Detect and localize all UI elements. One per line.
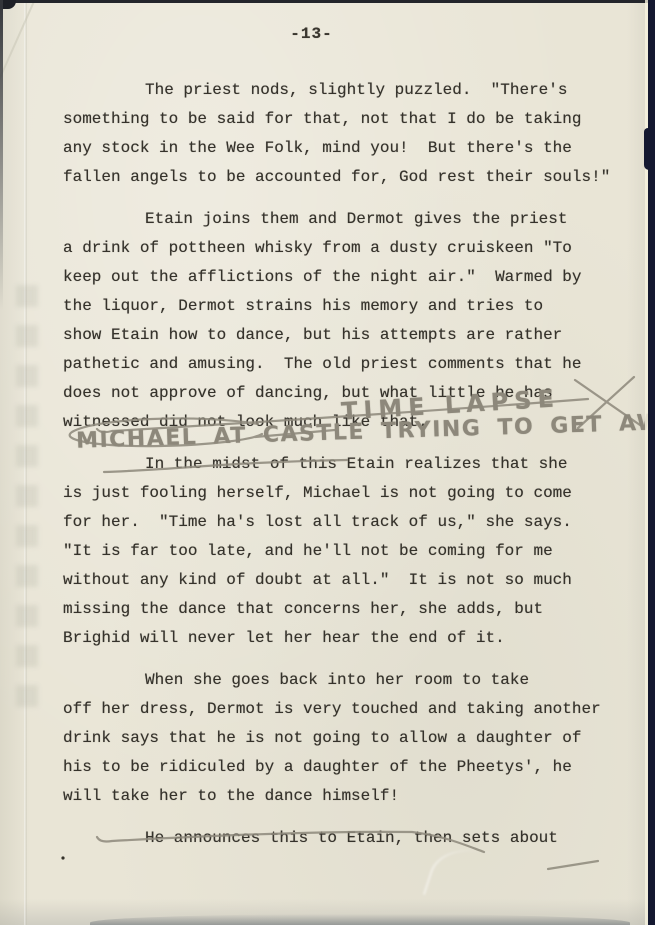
typed-line: fallen angels to be accounted for, God r… bbox=[63, 163, 618, 192]
typed-line: Etain joins them and Dermot gives the pr… bbox=[63, 205, 618, 234]
scanned-manuscript-page: -13- The priest nods, slightly puzzled. … bbox=[0, 0, 655, 925]
typed-line: The priest nods, slightly puzzled. "Ther… bbox=[63, 76, 618, 105]
typed-line: the liquor, Dermot strains his memory an… bbox=[63, 292, 618, 321]
typed-line: Brighid will never let her hear the end … bbox=[63, 624, 618, 653]
typed-line: off her dress, Dermot is very touched an… bbox=[63, 695, 618, 724]
typed-line: missing the dance that concerns her, she… bbox=[63, 595, 618, 624]
typed-line: In the midst of this Etain realizes that… bbox=[63, 450, 618, 479]
scan-edge-right-notch bbox=[644, 128, 655, 170]
paragraph: He announces this to Etain, then sets ab… bbox=[63, 824, 618, 853]
typed-line: keep out the afflictions of the night ai… bbox=[63, 263, 618, 292]
typed-line: something to be said for that, not that … bbox=[63, 105, 618, 134]
typed-line: a drink of pottheen whisky from a dusty … bbox=[63, 234, 618, 263]
typed-line: "It is far too late, and he'll not be co… bbox=[63, 537, 618, 566]
typed-line: is just fooling herself, Michael is not … bbox=[63, 479, 618, 508]
paragraph: In the midst of this Etain realizes that… bbox=[63, 450, 618, 653]
typed-text: The priest nods, slightly puzzled. "Ther… bbox=[63, 76, 618, 866]
ink-bleedthrough-smudge bbox=[16, 285, 38, 725]
paragraph: When she goes back into her room to take… bbox=[63, 666, 618, 811]
page-number: -13- bbox=[0, 25, 623, 43]
typed-line: When she goes back into her room to take bbox=[63, 666, 618, 695]
typed-line: He announces this to Etain, then sets ab… bbox=[63, 824, 618, 853]
scan-shadow-bottom bbox=[90, 914, 630, 925]
typed-line: without any kind of doubt at all." It is… bbox=[63, 566, 618, 595]
typed-line: any stock in the Wee Folk, mind you! But… bbox=[63, 134, 618, 163]
typed-line: show Etain how to dance, but his attempt… bbox=[63, 321, 618, 350]
typed-line: will take her to the dance himself! bbox=[63, 782, 618, 811]
typed-line: for her. "Time ha's lost all track of us… bbox=[63, 508, 618, 537]
paragraph: The priest nods, slightly puzzled. "Ther… bbox=[63, 76, 618, 192]
typed-line: pathetic and amusing. The old priest com… bbox=[63, 350, 618, 379]
scan-edge-left bbox=[0, 0, 3, 310]
typed-line: his to be ridiculed by a daughter of the… bbox=[63, 753, 618, 782]
scan-edge-top bbox=[0, 0, 655, 3]
typed-line: drink says that he is not going to allow… bbox=[63, 724, 618, 753]
